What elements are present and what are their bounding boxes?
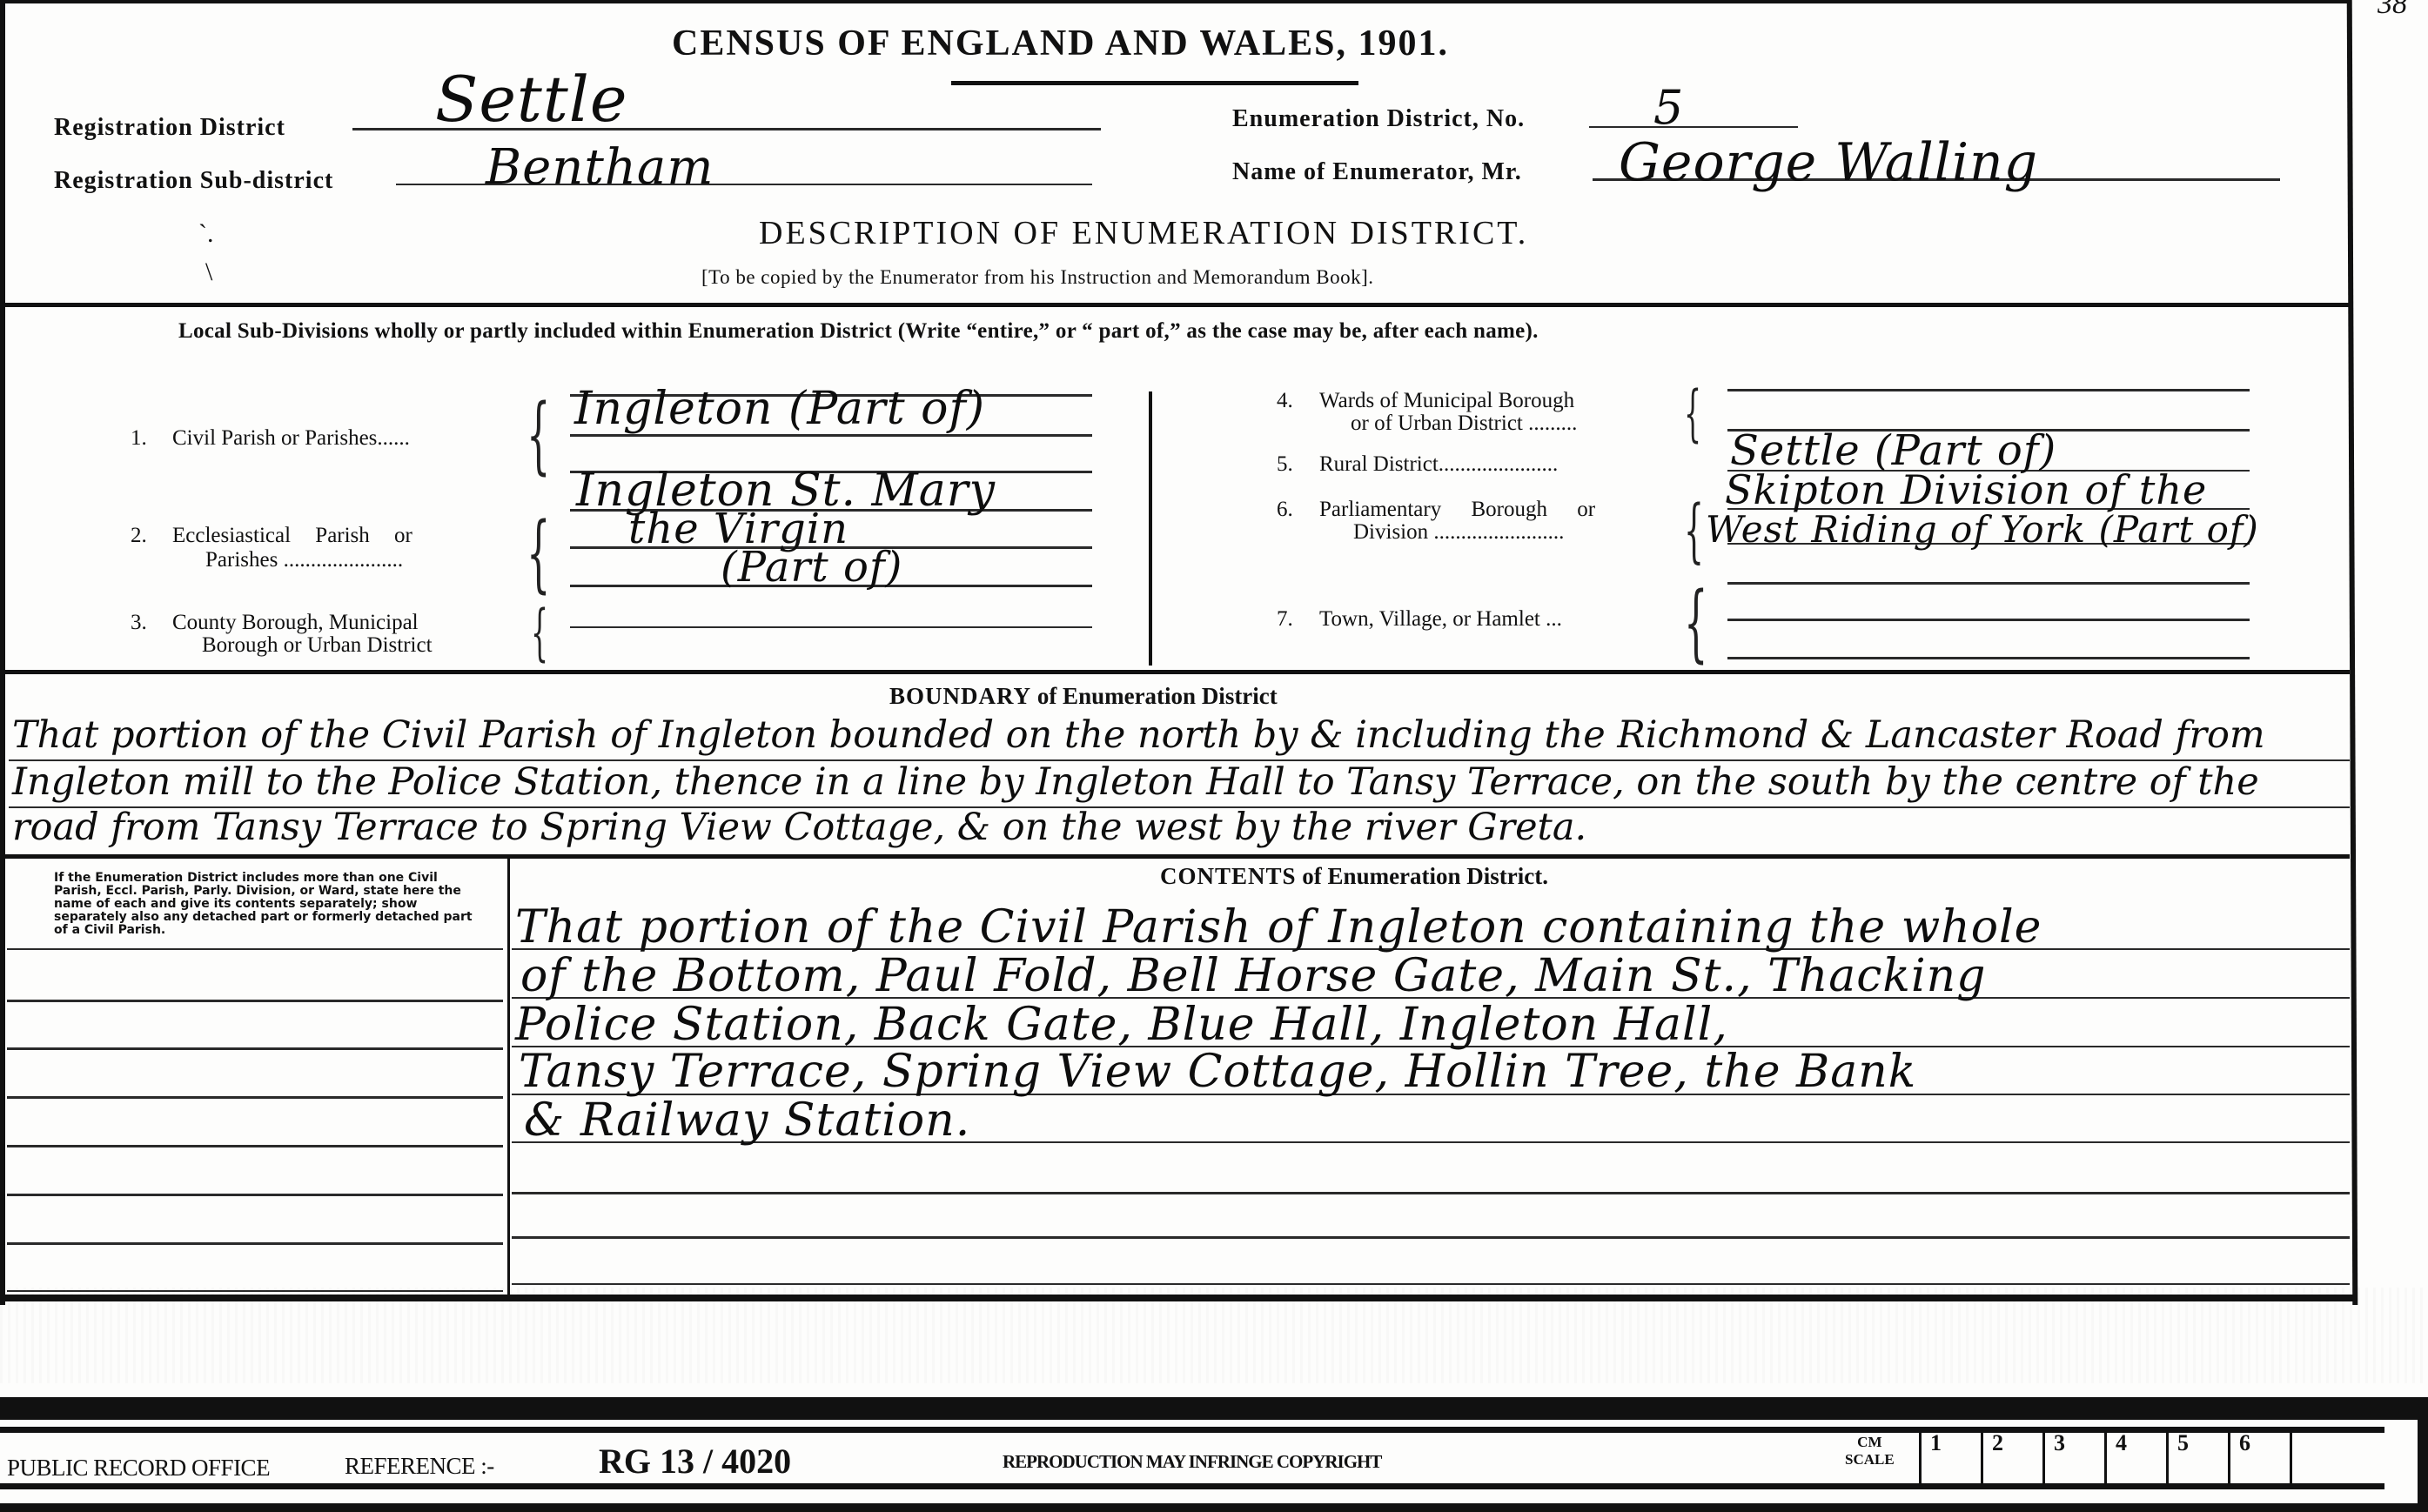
section-divider <box>0 854 2350 859</box>
contents-heading: CONTENTS of Enumeration District. <box>1160 863 1548 890</box>
enumerator-label: Name of Enumerator, Mr. <box>1232 158 1522 186</box>
value-rule <box>1727 389 2250 391</box>
enumeration-district-rule <box>1589 126 1798 128</box>
brace-2: { <box>527 512 550 595</box>
scale-cell: 4 <box>2104 1427 2166 1486</box>
stray-mark: \ <box>205 258 212 287</box>
subdivision-7-label: Town, Village, or Hamlet ... <box>1319 607 1562 632</box>
subdivision-3-label-line2: Borough or Urban District <box>202 633 433 658</box>
enumeration-district-label: Enumeration District, No. <box>1232 105 1525 133</box>
civil-parish-value: Ingleton (Part of) <box>574 383 985 435</box>
subdivision-4-label-line2: or of Urban District ......... <box>1351 411 1577 436</box>
subdivision-6-label-line2: Division ........................ <box>1353 520 1564 545</box>
subdivision-4-number: 4. <box>1277 389 1293 413</box>
page-number: 38 <box>2378 0 2407 21</box>
form-top-border <box>0 0 2350 3</box>
registration-subdistrict-value: Bentham <box>486 139 714 196</box>
contents-rule <box>512 1283 2350 1285</box>
value-rule <box>1727 582 2250 585</box>
contents-column-divider <box>507 857 510 1296</box>
instruction-note: [To be copied by the Enumerator from his… <box>701 266 1374 289</box>
stray-mark: `. <box>198 219 214 249</box>
scale-cell: 2 <box>1981 1427 2042 1486</box>
boundary-heading: BOUNDARY of Enumeration District <box>889 683 1278 710</box>
document-title: CENSUS OF ENGLAND AND WALES, 1901. <box>672 23 1449 64</box>
brace-1: { <box>527 393 550 477</box>
boundary-heading-strong: BOUNDARY <box>889 683 1031 709</box>
boundary-line-3: road from Tansy Terrace to Spring View C… <box>12 806 1586 849</box>
registration-district-label: Registration District <box>54 114 285 142</box>
side-rule <box>7 1047 503 1050</box>
subdivision-3-label: County Borough, Municipal <box>172 611 419 635</box>
section-divider <box>0 670 2350 674</box>
side-rule <box>7 1096 503 1099</box>
scale-cell: 3 <box>2042 1427 2104 1486</box>
scale-label: CM SCALE <box>1845 1434 1895 1469</box>
contents-line-4: Tansy Terrace, Spring View Cottage, Holl… <box>519 1046 1916 1098</box>
scale-cell: 5 <box>2166 1427 2228 1486</box>
contents-rule <box>512 1236 2350 1239</box>
footer-rule-base <box>0 1503 2428 1512</box>
subdivisions-heading: Local Sub-Divisions wholly or partly inc… <box>178 319 1539 344</box>
scale-cell: 6 <box>2228 1427 2292 1486</box>
subdivision-2-number: 2. <box>131 524 147 548</box>
ecclesiastical-parish-value-3: (Part of) <box>721 543 902 592</box>
section-divider <box>0 303 2350 307</box>
contents-line-3: Police Station, Back Gate, Blue Hall, In… <box>515 999 1728 1051</box>
subdivision-1-label: Civil Parish or Parishes...... <box>172 426 410 451</box>
footer-band <box>0 1397 2428 1420</box>
description-heading: DESCRIPTION OF ENUMERATION DISTRICT. <box>759 214 1528 252</box>
scale-label-line2: SCALE <box>1845 1451 1895 1469</box>
footer-right-edge <box>2418 1397 2428 1512</box>
contents-rule <box>512 1192 2350 1194</box>
subdivision-2-label-line2: Parishes ...................... <box>205 548 403 572</box>
subdivision-6-number: 6. <box>1277 498 1293 522</box>
brace-4: { <box>1684 383 1701 444</box>
subdivisions-column-divider <box>1149 391 1152 666</box>
title-underline <box>951 81 1358 85</box>
subdivision-3-number: 3. <box>131 611 147 635</box>
enumeration-district-value: 5 <box>1653 80 1684 135</box>
contents-heading-rest: of Enumeration District. <box>1302 863 1548 889</box>
side-rule <box>7 1145 503 1147</box>
subdivision-5-number: 5. <box>1277 452 1293 477</box>
copyright-notice: REPRODUCTION MAY INFRINGE COPYRIGHT <box>1003 1451 1381 1473</box>
parliamentary-division-value-1: Skipton Division of the <box>1725 466 2207 513</box>
cm-scale: 1 2 3 4 5 6 <box>1919 1427 2292 1486</box>
record-office-label: PUBLIC RECORD OFFICE <box>7 1455 270 1482</box>
value-rule <box>1727 619 2250 621</box>
side-rule <box>7 1242 503 1245</box>
contents-side-note: If the Enumeration District includes mor… <box>54 872 489 937</box>
side-rule <box>7 1000 503 1002</box>
subdivision-5-label: Rural District...................... <box>1319 452 1558 477</box>
reference-value: RG 13 / 4020 <box>599 1441 791 1482</box>
reference-label: REFERENCE :- <box>345 1453 494 1480</box>
contents-line-5: & Railway Station. <box>524 1094 970 1147</box>
subdivision-1-number: 1. <box>131 426 147 451</box>
brace-7: { <box>1684 581 1707 665</box>
scale-label-line1: CM <box>1845 1434 1895 1451</box>
subdivision-7-number: 7. <box>1277 607 1293 632</box>
form-right-border <box>2347 0 2358 1305</box>
registration-subdistrict-label: Registration Sub-district <box>54 167 333 195</box>
subdivision-2-label: Ecclesiastical Parish or <box>172 524 412 548</box>
subdivision-4-label: Wards of Municipal Borough <box>1319 389 1574 413</box>
value-rule <box>1727 657 2250 659</box>
brace-3: { <box>531 602 548 663</box>
contents-line-2: of the Bottom, Paul Fold, Bell Horse Gat… <box>520 950 1986 1002</box>
side-rule <box>7 1194 503 1196</box>
registration-district-value: Settle <box>435 63 627 136</box>
boundary-line-1: That portion of the Civil Parish of Ingl… <box>12 713 2265 757</box>
contents-heading-strong: CONTENTS <box>1160 863 1297 889</box>
value-rule <box>570 626 1092 628</box>
subdivision-6-label: Parliamentary Borough or <box>1319 498 1595 522</box>
boundary-line-2: Ingleton mill to the Police Station, the… <box>12 760 2259 804</box>
form-left-border <box>0 0 5 1305</box>
parliamentary-division-value-2: West Riding of York (Part of) <box>1706 508 2259 551</box>
boundary-heading-rest: of Enumeration District <box>1037 683 1278 709</box>
brace-6: { <box>1684 496 1704 565</box>
enumerator-value: George Walling <box>1619 132 2038 193</box>
contents-line-1: That portion of the Civil Parish of Ingl… <box>515 901 2042 953</box>
paper-texture <box>0 1288 2428 1383</box>
side-rule <box>7 948 503 950</box>
scale-cell: 1 <box>1919 1427 1981 1486</box>
